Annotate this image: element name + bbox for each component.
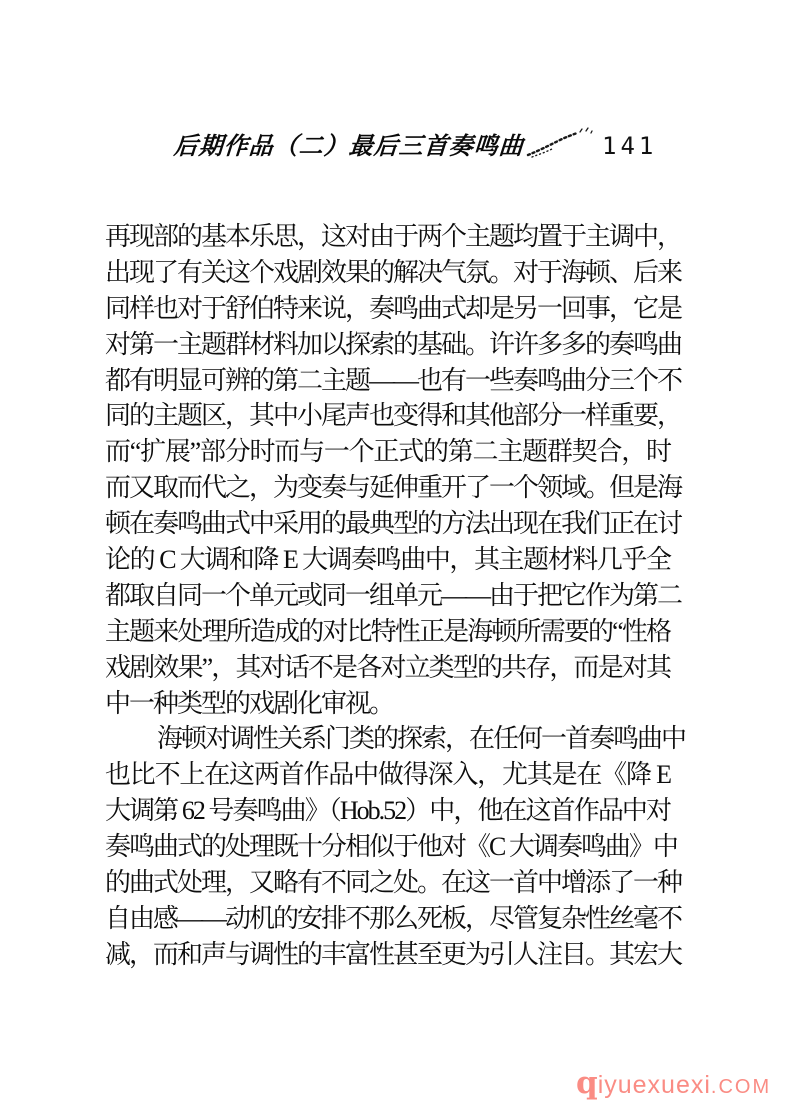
running-head: 后期作品（二）最后三首奏鸣曲 141	[0, 124, 794, 164]
text-line: 而又取而代之，为变奏与延伸重开了一个领域。但是海	[105, 470, 670, 506]
text-line: 都有明显可辨的第二主题——也有一些奏鸣曲分三个不	[105, 363, 670, 399]
text-line: 而“扩展”部分时而与一个正式的第二主题群契合，时	[105, 434, 670, 470]
text-line: 主题来处理所造成的对比特性正是海顿所需要的“性格	[105, 614, 670, 650]
text-line: 中一种类型的戏剧化审视。	[105, 686, 670, 722]
text-line: 戏剧效果”，其对话不是各对立类型的共存，而是对其	[105, 650, 670, 686]
ink-flourish-icon	[524, 126, 596, 162]
text-line: 海顿对调性关系门类的探索，在任何一首奏鸣曲中	[105, 721, 670, 757]
text-line: 自由感——动机的安排不那么死板，尽管复杂性丝毫不	[105, 901, 670, 937]
text-line: 同样也对于舒伯特来说，奏鸣曲式却是另一回事，它是	[105, 291, 670, 327]
text-line: 同的主题区，其中小尾声也变得和其他部分一样重要，	[105, 398, 670, 434]
watermark-name: iyuexuexi	[598, 1071, 711, 1100]
text-line: 顿在奏鸣曲式中采用的最典型的方法出现在我们正在讨	[105, 506, 670, 542]
text-line: 大调第 62 号奏鸣曲》（Hob.52）中，他在这首作品中对	[105, 793, 670, 829]
running-head-title: 后期作品（二）最后三首奏鸣曲	[173, 126, 525, 161]
text-line: 出现了有关这个戏剧效果的解决气氛。对于海顿、后来	[105, 255, 670, 291]
watermark-domain-suffix: .COM	[711, 1076, 771, 1099]
text-line: 论的 C 大调和降 E 大调奏鸣曲中，其主题材料几乎全	[105, 542, 670, 578]
text-line: 再现部的基本乐思，这对由于两个主题均置于主调中，	[105, 219, 670, 255]
book-page: 后期作品（二）最后三首奏鸣曲 141 再现部的基本乐思，这对由于两个主题均置于主…	[0, 0, 794, 1120]
text-line: 的曲式处理，又略有不同之处。在这一首中增添了一种	[105, 865, 670, 901]
text-line: 对第一主题群材料加以探索的基础。许许多多的奏鸣曲	[105, 327, 670, 363]
body-text: 再现部的基本乐思，这对由于两个主题均置于主调中，出现了有关这个戏剧效果的解决气氛…	[105, 219, 670, 973]
text-line: 都取自同一个单元或同一组单元——由于把它作为第二	[105, 578, 670, 614]
watermark-initial: q	[576, 1068, 598, 1099]
text-line: 减，而和声与调性的丰富性甚至更为引人注目。其宏大	[105, 937, 670, 973]
site-watermark: q iyuexuexi .COM	[576, 1068, 771, 1100]
text-line: 也比不上在这两首作品中做得深入，尤其是在《降 E	[105, 757, 670, 793]
page-number: 141	[602, 132, 657, 160]
text-line: 奏鸣曲式的处理既十分相似于他对《C 大调奏鸣曲》中	[105, 829, 670, 865]
